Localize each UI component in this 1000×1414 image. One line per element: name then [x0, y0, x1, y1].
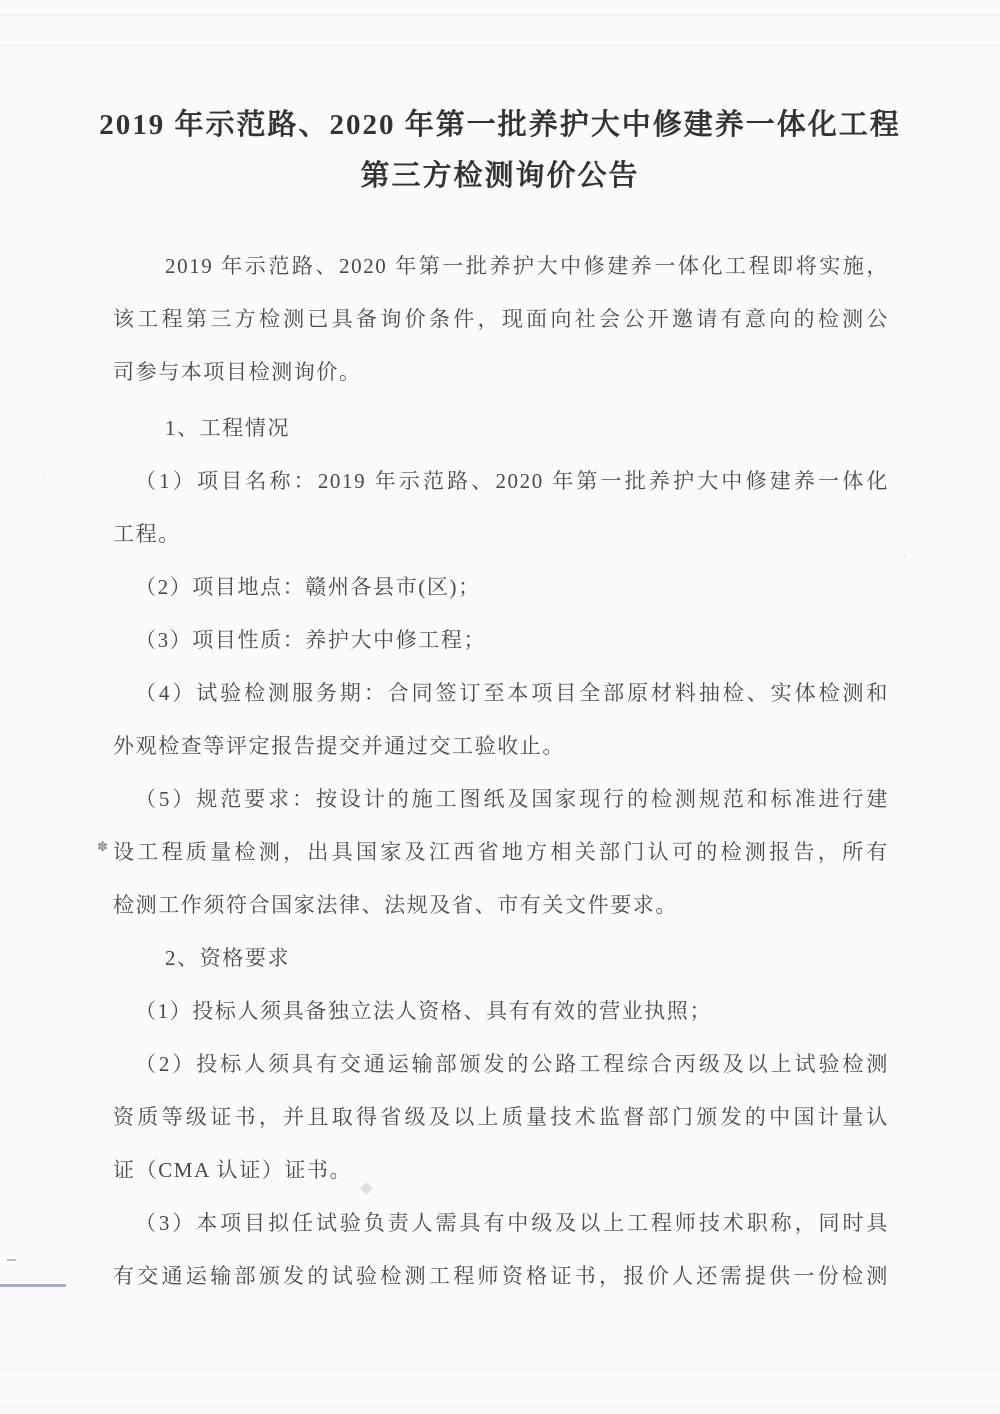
body-line-13: 检测工作须符合国家法律、法规及省、市有关文件要求。	[113, 890, 678, 920]
document-title-line2: 第三方检测询价公告	[0, 153, 1000, 194]
body-line-5: （1）项目名称：2019 年示范路、2020 年第一批养护大中修建养一体化	[135, 466, 889, 496]
body-line-16: （2）投标人须具有交通运输部颁发的公路工程综合丙级及以上试验检测	[135, 1049, 889, 1079]
body-line-17: 资质等级证书，并且取得省级及以上质量技术监督部门颁发的中国计量认	[113, 1102, 889, 1132]
body-line-8: （3）项目性质：养护大中修工程；	[135, 625, 486, 655]
scan-speck	[360, 1182, 373, 1195]
scan-speck	[7, 1259, 16, 1261]
body-line-11: （5）规范要求：按设计的施工图纸及国家现行的检测规范和标准进行建	[135, 784, 889, 814]
scan-streak	[0, 1369, 1000, 1371]
body-line-15: （1）投标人须具备独立法人资格、具有有效的营业执照；	[135, 996, 712, 1026]
body-line-10: 外观检查等评定报告提交并通过交工验收止。	[113, 731, 565, 761]
scan-speck: ✽	[97, 840, 108, 853]
body-line-18: 证（CMA 认证）证书。	[113, 1155, 352, 1185]
scan-artifact-line-dark	[0, 1284, 66, 1287]
body-line-2: 该工程第三方检测已具备询价条件，现面向社会公开邀请有意向的检测公	[113, 304, 889, 334]
section-heading-2: 2、资格要求	[165, 943, 290, 973]
body-line-7: （2）项目地点：赣州各县市(区)；	[135, 572, 481, 602]
body-line-12: 设工程质量检测，出具国家及江西省地方相关部门认可的检测报告，所有	[113, 837, 889, 867]
body-line-20: 有交通运输部颁发的试验检测工程师资格证书，报价人还需提供一份检测	[113, 1261, 889, 1291]
scan-speck: ·	[903, 552, 906, 562]
body-line-19: （3）本项目拟任试验负责人需具有中级及以上工程师技术职称，同时具	[135, 1208, 889, 1238]
scan-streak	[0, 44, 1000, 47]
document-title-line1: 2019 年示范路、2020 年第一批养护大中修建养一体化工程	[0, 102, 1000, 143]
scan-speck: ′	[42, 473, 44, 482]
body-line-6: 工程。	[113, 519, 181, 549]
scan-streak	[0, 14, 1000, 16]
body-line-9: （4）试验检测服务期：合同签订至本项目全部原材料抽检、实体检测和	[135, 678, 889, 708]
scanned-document-page: ✽ · ′ 2019 年示范路、2020 年第一批养护大中修建养一体化工程 第三…	[0, 0, 1000, 1414]
section-heading-1: 1、工程情况	[165, 413, 290, 443]
body-line-3: 司参与本项目检测询价。	[113, 357, 362, 387]
body-line-1: 2019 年示范路、2020 年第一批养护大中修建养一体化工程即将实施，	[165, 251, 889, 281]
scan-streak	[0, 1406, 1000, 1408]
